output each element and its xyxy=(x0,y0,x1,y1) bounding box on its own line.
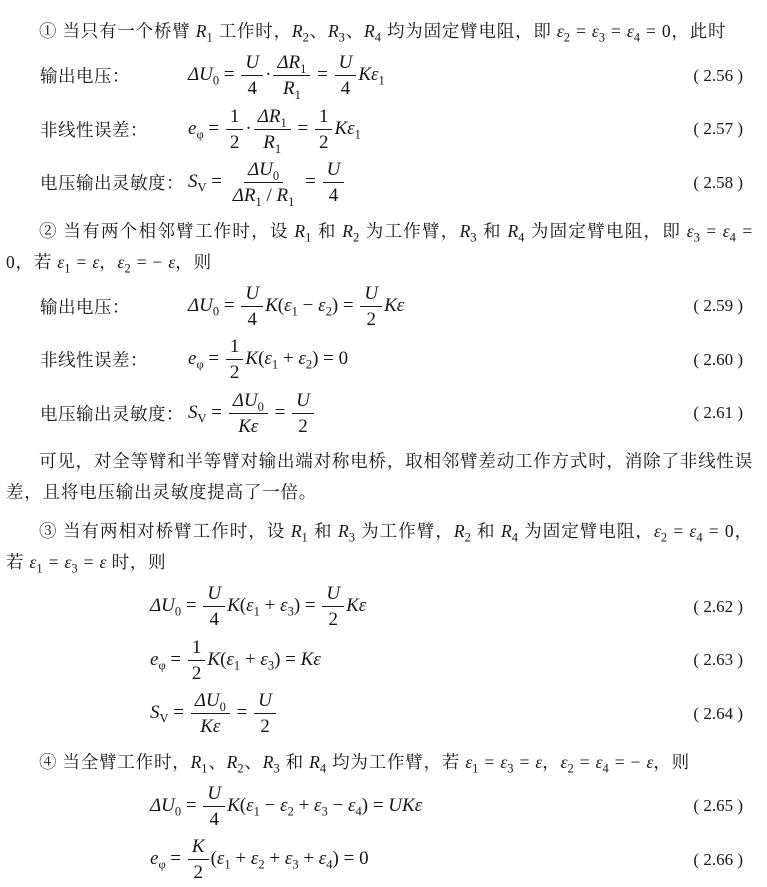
equation-formula: SV = ΔU0ΔR1 / R1 = U4 xyxy=(188,158,346,207)
equation-formula: eφ = 12K(ε1 + ε3) = Kε xyxy=(150,636,321,685)
equation-formula: eφ = 12·ΔR1R1 = 12Kε1 xyxy=(188,105,361,154)
equation-number: ( 2.63 ) xyxy=(693,650,753,670)
equation-formula: eφ = 12K(ε1 + ε2) = 0 xyxy=(188,335,348,384)
fraction: 12 xyxy=(188,636,206,685)
equation-row: 电压输出灵敏度：SV = ΔU0ΔR1 / R1 = U4( 2.58 ) xyxy=(6,158,753,208)
equation-number: ( 2.62 ) xyxy=(693,597,753,617)
equation-label: 输出电压： xyxy=(40,294,188,319)
equation-number: ( 2.64 ) xyxy=(693,704,753,724)
document-page: ① 当只有一个桥臂 R1 工作时，R2、R3、R4 均为固定臂电阻，即 ε2 =… xyxy=(0,0,767,887)
equation-label: 输出电压： xyxy=(40,63,188,88)
fraction: U4 xyxy=(241,51,263,100)
fraction: 12 xyxy=(315,105,333,154)
paragraph: ① 当只有一个桥臂 R1 工作时，R2、R3、R4 均为固定臂电阻，即 ε2 =… xyxy=(6,16,753,47)
equation-row: eφ = K2(ε1 + ε2 + ε3 + ε4) = 0( 2.66 ) xyxy=(6,835,753,885)
fraction: U2 xyxy=(292,389,314,438)
fraction: K2 xyxy=(188,835,209,884)
paragraph: ③ 当有两相对桥臂工作时，设 R1 和 R3 为工作臂，R2 和 R4 为固定臂… xyxy=(6,516,753,578)
equation-formula: ΔU0 = U4K(ε1 − ε2) = U2Kε xyxy=(188,282,404,331)
fraction: 12 xyxy=(226,335,244,384)
equation-row: ΔU0 = U4K(ε1 − ε2 + ε3 − ε4) = UKε( 2.65… xyxy=(6,781,753,831)
equation-label: 电压输出灵敏度： xyxy=(40,401,188,426)
equation-number: ( 2.58 ) xyxy=(693,173,753,193)
paragraph: ② 当有两个相邻臂工作时，设 R1 和 R2 为工作臂，R3 和 R4 为固定臂… xyxy=(6,216,753,278)
equation-number: ( 2.56 ) xyxy=(693,66,753,86)
equation-number: ( 2.57 ) xyxy=(693,119,753,139)
equation-row: SV = ΔU0Kε = U2( 2.64 ) xyxy=(6,689,753,739)
equation-formula: eφ = K2(ε1 + ε2 + ε3 + ε4) = 0 xyxy=(150,835,369,884)
paragraph: ④ 当全臂工作时，R1、R2、R3 和 R4 均为工作臂，若 ε1 = ε3 =… xyxy=(6,747,753,778)
fraction: ΔU0Kε xyxy=(229,389,268,438)
equation-label: 电压输出灵敏度： xyxy=(40,170,188,195)
equation-row: 输出电压：ΔU0 = U4K(ε1 − ε2) = U2Kε( 2.59 ) xyxy=(6,281,753,331)
fraction: U4 xyxy=(335,51,357,100)
equation-label: 非线性误差： xyxy=(40,347,188,372)
fraction: U2 xyxy=(254,689,276,738)
equation-row: 电压输出灵敏度：SV = ΔU0Kε = U2( 2.61 ) xyxy=(6,388,753,438)
equation-number: ( 2.60 ) xyxy=(693,350,753,370)
fraction: ΔR1R1 xyxy=(273,51,310,100)
fraction: ΔR1R1 xyxy=(254,105,291,154)
equation-row: 输出电压：ΔU0 = U4·ΔR1R1 = U4Kε1( 2.56 ) xyxy=(6,51,753,101)
equation-number: ( 2.61 ) xyxy=(693,403,753,423)
fraction: U4 xyxy=(241,282,263,331)
equation-row: ΔU0 = U4K(ε1 + ε3) = U2Kε( 2.62 ) xyxy=(6,582,753,632)
equation-formula: ΔU0 = U4·ΔR1R1 = U4Kε1 xyxy=(188,51,385,100)
equation-formula: SV = ΔU0Kε = U2 xyxy=(150,689,278,738)
fraction: U2 xyxy=(360,282,382,331)
fraction: U4 xyxy=(323,158,345,207)
equation-number: ( 2.65 ) xyxy=(693,796,753,816)
equation-row: eφ = 12K(ε1 + ε3) = Kε( 2.63 ) xyxy=(6,635,753,685)
fraction: U4 xyxy=(203,582,225,631)
equation-formula: ΔU0 = U4K(ε1 − ε2 + ε3 − ε4) = UKε xyxy=(150,782,422,831)
paragraph: 可见，对全等臂和半等臂对输出端对称电桥，取相邻臂差动工作方式时，消除了非线性误差… xyxy=(6,446,753,508)
equation-number: ( 2.66 ) xyxy=(693,850,753,870)
fraction: 12 xyxy=(226,105,244,154)
fraction: ΔU0ΔR1 / R1 xyxy=(229,158,299,207)
fraction: U2 xyxy=(322,582,344,631)
equation-formula: SV = ΔU0Kε = U2 xyxy=(188,389,316,438)
fraction: U4 xyxy=(203,782,225,831)
equation-formula: ΔU0 = U4K(ε1 + ε3) = U2Kε xyxy=(150,582,366,631)
equation-row: 非线性误差：eφ = 12·ΔR1R1 = 12Kε1( 2.57 ) xyxy=(6,104,753,154)
equation-row: 非线性误差：eφ = 12K(ε1 + ε2) = 0( 2.60 ) xyxy=(6,335,753,385)
fraction: ΔU0Kε xyxy=(191,689,230,738)
equation-number: ( 2.59 ) xyxy=(693,296,753,316)
equation-label: 非线性误差： xyxy=(40,117,188,142)
